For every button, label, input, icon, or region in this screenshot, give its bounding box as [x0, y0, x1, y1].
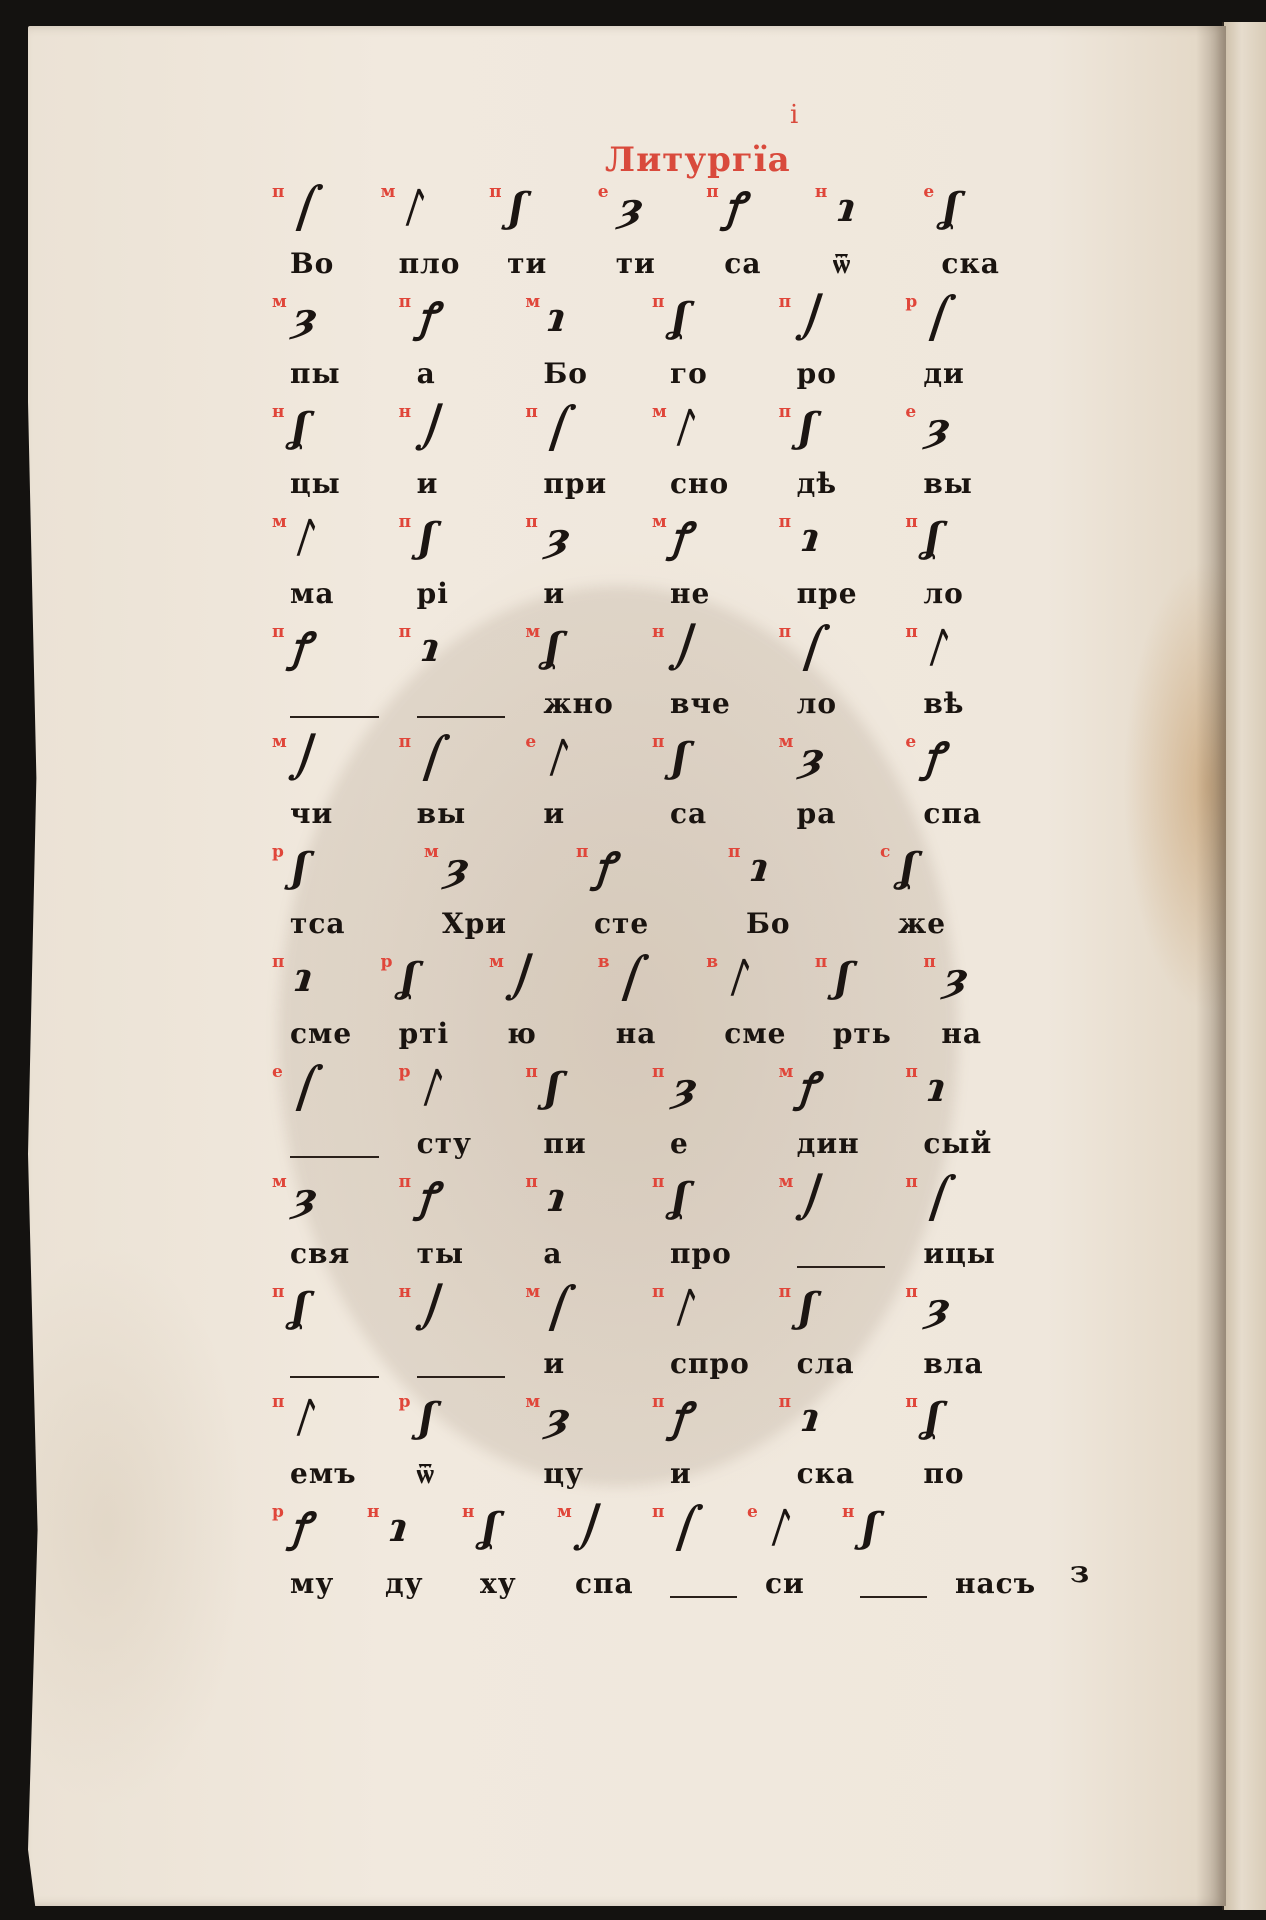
cinnabar-mark: п [525, 402, 537, 422]
cinnabar-mark: п [652, 1502, 664, 1522]
syllable: емъ [290, 1460, 357, 1488]
cinnabar-mark: п [923, 952, 935, 972]
syllable: и [543, 580, 565, 608]
znamenny-neume-icon: ȝ [921, 1288, 958, 1328]
cinnabar-mark: е [525, 732, 536, 752]
syllable: на [616, 1020, 657, 1048]
znamenny-neume-icon: ʆ [921, 518, 947, 558]
cinnabar-mark: п [905, 1062, 917, 1082]
znamenny-neume-icon: ʆ [541, 628, 567, 668]
cinnabar-mark: п [779, 512, 791, 532]
cinnabar-mark: п [706, 182, 718, 202]
melisma-line [670, 1596, 737, 1598]
cinnabar-mark: е [598, 182, 609, 202]
cinnabar-mark: п [399, 622, 411, 642]
neume-row: пʆн⌡м⌠пᛚпʃпȝ [290, 1280, 1090, 1346]
syllable-row: ступиединсый [290, 1130, 1090, 1168]
znamenny-neume-icon: ɿ [288, 958, 320, 998]
syllable: ма [290, 580, 334, 608]
cinnabar-mark: р [272, 1502, 284, 1522]
cinnabar-mark: п [905, 1172, 917, 1192]
cinnabar-mark: п [399, 292, 411, 312]
znamenny-neume-icon: ⌡ [668, 628, 704, 668]
cinnabar-mark: м [272, 292, 287, 312]
syllable: ди [923, 360, 964, 388]
neume-row: е⌠рᛚпʃпȝмꝭпɿ [290, 1060, 1090, 1126]
cinnabar-mark: п [779, 1392, 791, 1412]
syllable: сно [670, 470, 729, 498]
znamenny-neume-icon: ꝭ [414, 1178, 446, 1218]
cinnabar-mark: м [779, 1062, 794, 1082]
syllable: сте [594, 910, 649, 938]
syllable: ска [797, 1460, 855, 1488]
syllable: ѿ [833, 250, 851, 278]
syllable-row: смертіюнасмертьна [290, 1020, 1090, 1058]
znamenny-neume-icon: ⌠ [541, 408, 577, 448]
syllable: а [543, 1240, 562, 1268]
cinnabar-mark: р [272, 842, 284, 862]
cinnabar-mark: п [525, 1172, 537, 1192]
znamenny-neume-icon: ȝ [541, 518, 578, 558]
melisma-line [290, 1376, 379, 1378]
syllable: сла [797, 1350, 855, 1378]
znamenny-neume-icon: ɿ [830, 188, 862, 228]
znamenny-neume-icon: ʆ [668, 298, 694, 338]
cinnabar-mark: м [652, 512, 667, 532]
syllable: ра [797, 800, 837, 828]
znamenny-neume-icon: ʆ [668, 1178, 694, 1218]
syllable: жно [543, 690, 613, 718]
znamenny-neume-icon: ʆ [396, 958, 422, 998]
znamenny-neume-icon: ⌡ [505, 958, 541, 998]
znamenny-neume-icon: ꝭ [668, 1398, 700, 1438]
page-heading: Литургїа [605, 140, 791, 180]
syllable: са [670, 800, 707, 828]
znamenny-neume-icon: ɿ [744, 848, 776, 888]
znamenny-neume-icon: ȝ [288, 298, 325, 338]
chant-line: пʆн⌡м⌠пᛚпʃпȝиспрославла [290, 1280, 1090, 1390]
syllable: вче [670, 690, 731, 718]
chant-line: е⌠рᛚпʃпȝмꝭпɿступиединсый [290, 1060, 1090, 1170]
syllable-row: мудухуспасинасъ [290, 1570, 1090, 1608]
chant-line: пᛚрʃмȝпꝭпɿпʆемъѿцуискапо [290, 1390, 1090, 1500]
cinnabar-mark: н [272, 402, 284, 422]
neume-row: м⌡п⌠еᛚпʃмȝеꝭ [290, 730, 1090, 796]
syllable-row: емъѿцуискапо [290, 1460, 1090, 1498]
syllable: ти [507, 250, 547, 278]
neume-row: мȝпꝭмɿпʆп⌡р⌠ [290, 290, 1090, 356]
syllable: са [724, 250, 761, 278]
cinnabar-mark: п [652, 1062, 664, 1082]
syllable: по [923, 1460, 964, 1488]
syllable: дин [797, 1130, 860, 1158]
melisma-line [417, 1376, 506, 1378]
syllable: при [543, 470, 607, 498]
znamenny-neume-icon: ʆ [478, 1508, 504, 1548]
cinnabar-mark: н [815, 182, 827, 202]
syllable: си [765, 1570, 805, 1598]
cinnabar-mark: р [399, 1062, 411, 1082]
cinnabar-mark: р [905, 292, 917, 312]
syllable: сту [417, 1130, 472, 1158]
melisma-line [290, 716, 379, 718]
cinnabar-mark: п [525, 512, 537, 532]
syllable-row: тсаХристеБоже [290, 910, 1090, 948]
neume-row: рʃмȝпꝭпɿсʆ [290, 840, 1090, 906]
cinnabar-mark: м [272, 1172, 287, 1192]
cinnabar-mark: п [272, 182, 284, 202]
cinnabar-mark: н [399, 1282, 411, 1302]
znamenny-neume-icon: ⌠ [613, 958, 649, 998]
syllable: рть [833, 1020, 892, 1048]
syllable: и [670, 1460, 692, 1488]
cinnabar-mark: п [815, 952, 827, 972]
znamenny-neume-icon: ⌡ [288, 738, 324, 778]
syllable: спа [923, 800, 982, 828]
znamenny-neume-icon: ⌠ [921, 298, 957, 338]
cinnabar-mark: п [779, 622, 791, 642]
melisma-line [860, 1596, 927, 1598]
znamenny-neume-icon: ⌡ [573, 1508, 609, 1548]
znamenny-neume-icon: ʃ [541, 1068, 567, 1108]
znamenny-neume-icon: ᛚ [921, 628, 958, 668]
syllable: сме [290, 1020, 352, 1048]
znamenny-neume-icon: ᛚ [414, 1068, 451, 1108]
znamenny-neume-icon: ɿ [541, 298, 573, 338]
cinnabar-mark: п [399, 512, 411, 532]
chant-line: мᛚпʃпȝмꝭпɿпʆмаріинепрело [290, 510, 1090, 620]
cinnabar-mark: м [652, 402, 667, 422]
znamenny-neume-icon: ʆ [896, 848, 922, 888]
syllable: насъ [955, 1570, 1036, 1598]
melisma-line [290, 1156, 379, 1158]
syllable: Бо [746, 910, 791, 938]
znamenny-neume-icon: ꝭ [921, 738, 953, 778]
znamenny-neume-icon: ꝭ [414, 298, 446, 338]
znamenny-neume-icon: ɿ [414, 628, 446, 668]
chant-line: мȝпꝭпɿпʆм⌡п⌠святыапроицы [290, 1170, 1090, 1280]
melisma-line [417, 716, 506, 718]
znamenny-neume-icon: ʆ [921, 1398, 947, 1438]
syllable: му [290, 1570, 334, 1598]
syllable: вы [417, 800, 467, 828]
heading-mark: і [790, 100, 798, 130]
cinnabar-mark: п [652, 732, 664, 752]
syllable: ро [797, 360, 837, 388]
chant-line: рꝭнɿнʆм⌡п⌠еᛚнʃмудухуспасинасъ [290, 1500, 1090, 1610]
znamenny-neume-icon: ȝ [541, 1398, 578, 1438]
syllable: вѣ [923, 690, 964, 718]
znamenny-neume-icon: ʃ [794, 408, 820, 448]
znamenny-neume-icon: ȝ [613, 188, 650, 228]
syllable: вла [923, 1350, 983, 1378]
syllable-row: Воплотитисаѿска [290, 250, 1090, 288]
cinnabar-mark: м [381, 182, 396, 202]
znamenny-neume-icon: ᛚ [288, 1398, 325, 1438]
syllable: пи [543, 1130, 586, 1158]
syllable-row: пыаБогороди [290, 360, 1090, 398]
syllable: ицы [923, 1240, 996, 1268]
cinnabar-mark: м [779, 1172, 794, 1192]
znamenny-neume-icon: ȝ [288, 1178, 325, 1218]
syllable: сме [724, 1020, 786, 1048]
chant-line: мȝпꝭмɿпʆп⌡р⌠пыаБогороди [290, 290, 1090, 400]
cinnabar-mark: п [272, 622, 284, 642]
syllable-row: испрославла [290, 1350, 1090, 1388]
znamenny-neume-icon: ʃ [794, 1288, 820, 1328]
cinnabar-mark: п [399, 1172, 411, 1192]
znamenny-neume-icon: ȝ [794, 738, 831, 778]
cinnabar-mark: м [489, 952, 504, 972]
znamenny-neume-icon: ⌠ [921, 1178, 957, 1218]
syllable: е [670, 1130, 689, 1158]
cinnabar-mark: п [652, 1172, 664, 1192]
znamenny-neume-icon: ᛚ [288, 518, 325, 558]
cinnabar-mark: м [525, 292, 540, 312]
cinnabar-mark: м [272, 512, 287, 532]
neume-row: пᛚрʃмȝпꝭпɿпʆ [290, 1390, 1090, 1456]
syllable: на [941, 1020, 982, 1048]
znamenny-neume-icon: ᛚ [668, 1288, 705, 1328]
cinnabar-mark: н [367, 1502, 379, 1522]
cinnabar-mark: п [652, 1282, 664, 1302]
znamenny-neume-icon: ʃ [858, 1508, 884, 1548]
znamenny-neume-icon: ȝ [440, 848, 477, 888]
cinnabar-mark: н [652, 622, 664, 642]
syllable: тса [290, 910, 346, 938]
cinnabar-mark: м [557, 1502, 572, 1522]
syllable: ѿ [417, 1460, 435, 1488]
syllable: пре [797, 580, 858, 608]
znamenny-neume-icon: ᛚ [668, 408, 705, 448]
syllable: а [417, 360, 436, 388]
syllable-row: цыиприснодѣвы [290, 470, 1090, 508]
cinnabar-mark: е [272, 1062, 283, 1082]
znamenny-neume-icon: ʃ [830, 958, 856, 998]
znamenny-neume-icon: ⌠ [288, 1068, 324, 1108]
cinnabar-mark: п [905, 512, 917, 532]
chant-line: м⌡п⌠еᛚпʃмȝеꝭчивыисараспа [290, 730, 1090, 840]
cinnabar-mark: п [779, 402, 791, 422]
chant-line: п⌠мᛚпʃеȝпꝭнɿеʆВоплотитисаѿска [290, 180, 1090, 290]
cinnabar-mark: п [576, 842, 588, 862]
syllable: же [898, 910, 946, 938]
znamenny-neume-icon: ⌠ [541, 1288, 577, 1328]
neume-row: нʆн⌡п⌠мᛚпʃеȝ [290, 400, 1090, 466]
syllable-row: чивыисараспа [290, 800, 1090, 838]
syllable: го [670, 360, 708, 388]
syllable: про [670, 1240, 732, 1268]
syllable: свя [290, 1240, 350, 1268]
znamenny-neume-icon: ʆ [288, 1288, 314, 1328]
znamenny-neume-icon: ɿ [794, 1398, 826, 1438]
syllable: и [543, 800, 565, 828]
cinnabar-mark: п [272, 1282, 284, 1302]
cinnabar-mark: м [525, 622, 540, 642]
cinnabar-mark: е [905, 402, 916, 422]
znamenny-neume-icon: ⌠ [288, 188, 324, 228]
syllable-row: святыапроицы [290, 1240, 1090, 1278]
neume-row: п⌠мᛚпʃеȝпꝭнɿеʆ [290, 180, 1090, 246]
cinnabar-mark: п [272, 1392, 284, 1412]
znamenny-neume-icon: ⌡ [414, 1288, 450, 1328]
znamenny-neume-icon: ȝ [939, 958, 976, 998]
cinnabar-mark: м [525, 1392, 540, 1412]
syllable: Хри [442, 910, 507, 938]
syllable: рі [417, 580, 449, 608]
cinnabar-mark: м [424, 842, 439, 862]
znamenny-neume-icon: ɿ [383, 1508, 415, 1548]
syllable: пло [399, 250, 461, 278]
znamenny-neume-icon: ʃ [505, 188, 531, 228]
syllable: чи [290, 800, 333, 828]
cinnabar-mark: р [381, 952, 393, 972]
cinnabar-mark: п [779, 1282, 791, 1302]
chant-line: нʆн⌡п⌠мᛚпʃеȝцыиприснодѣвы [290, 400, 1090, 510]
syllable: ло [797, 690, 837, 718]
cinnabar-mark: в [598, 952, 610, 972]
znamenny-neume-icon: ᛚ [722, 958, 759, 998]
znamenny-neume-icon: ȝ [921, 408, 958, 448]
znamenny-neume-icon: ᛚ [541, 738, 578, 778]
znamenny-neume-icon: ȝ [668, 1068, 705, 1108]
znamenny-neume-icon: ꝭ [722, 188, 754, 228]
syllable-row: маріинепрело [290, 580, 1090, 618]
syllable: Бо [543, 360, 588, 388]
melisma-line [797, 1266, 886, 1268]
syllable: рті [399, 1020, 450, 1048]
syllable: цы [290, 470, 341, 498]
chant-line: пɿрʆм⌡в⌠вᛚпʃпȝсмертіюнасмертьна [290, 950, 1090, 1060]
cinnabar-mark: м [272, 732, 287, 752]
cinnabar-mark: е [905, 732, 916, 752]
cinnabar-mark: п [489, 182, 501, 202]
znamenny-neume-icon: ʆ [288, 408, 314, 448]
syllable-row: жновчеловѣ [290, 690, 1090, 728]
syllable: ти [616, 250, 656, 278]
cinnabar-mark: п [399, 732, 411, 752]
znamenny-neume-icon: ɿ [921, 1068, 953, 1108]
cinnabar-mark: н [399, 402, 411, 422]
syllable: не [670, 580, 710, 608]
syllable: и [417, 470, 439, 498]
cinnabar-mark: м [779, 732, 794, 752]
cinnabar-mark: е [747, 1502, 758, 1522]
syllable: и [543, 1350, 565, 1378]
neume-row: пɿрʆм⌡в⌠вᛚпʃпȝ [290, 950, 1090, 1016]
znamenny-neume-icon: ꝭ [288, 1508, 320, 1548]
znamenny-neume-icon: ꝭ [592, 848, 624, 888]
syllable: сый [923, 1130, 992, 1158]
syllable: ло [923, 580, 963, 608]
page-number: з [1070, 1555, 1089, 1590]
neume-row: пꝭпɿмʆн⌡п⌠пᛚ [290, 620, 1090, 686]
cinnabar-mark: п [652, 1392, 664, 1412]
znamenny-neume-icon: ʃ [414, 1398, 440, 1438]
chant-text-block: п⌠мᛚпʃеȝпꝭнɿеʆВоплотитисаѿскамȝпꝭмɿпʆп⌡р… [290, 180, 1090, 1610]
znamenny-neume-icon: ꝭ [794, 1068, 826, 1108]
cinnabar-mark: е [923, 182, 934, 202]
znamenny-neume-icon: ʆ [939, 188, 965, 228]
znamenny-neume-icon: ⌡ [794, 1178, 830, 1218]
chant-line: рʃмȝпꝭпɿсʆтсаХристеБоже [290, 840, 1090, 950]
znamenny-neume-icon: ⌠ [794, 628, 830, 668]
cinnabar-mark: п [525, 1062, 537, 1082]
syllable: Во [290, 250, 334, 278]
cinnabar-mark: п [728, 842, 740, 862]
cinnabar-mark: в [706, 952, 718, 972]
neume-row: мᛚпʃпȝмꝭпɿпʆ [290, 510, 1090, 576]
cinnabar-mark: п [905, 1392, 917, 1412]
neume-row: мȝпꝭпɿпʆм⌡п⌠ [290, 1170, 1090, 1236]
syllable: дѣ [797, 470, 837, 498]
cinnabar-mark: п [652, 292, 664, 312]
cinnabar-mark: н [842, 1502, 854, 1522]
znamenny-neume-icon: ꝭ [668, 518, 700, 558]
znamenny-neume-icon: ɿ [794, 518, 826, 558]
znamenny-neume-icon: ᛚ [396, 188, 433, 228]
cinnabar-mark: п [779, 292, 791, 312]
znamenny-neume-icon: ʃ [288, 848, 314, 888]
cinnabar-mark: п [905, 1282, 917, 1302]
syllable: ска [941, 250, 999, 278]
znamenny-neume-icon: ɿ [541, 1178, 573, 1218]
znamenny-neume-icon: ⌡ [414, 408, 450, 448]
adjacent-page-edge [1222, 22, 1266, 1910]
syllable: ю [507, 1020, 537, 1048]
znamenny-neume-icon: ʃ [668, 738, 694, 778]
syllable: вы [923, 470, 973, 498]
znamenny-neume-icon: ꝭ [288, 628, 320, 668]
znamenny-neume-icon: ʃ [414, 518, 440, 558]
syllable: цу [543, 1460, 584, 1488]
cinnabar-mark: р [399, 1392, 411, 1412]
cinnabar-mark: п [272, 952, 284, 972]
syllable: ду [385, 1570, 424, 1598]
chant-line: пꝭпɿмʆн⌡п⌠пᛚжновчеловѣ [290, 620, 1090, 730]
znamenny-neume-icon: ⌡ [794, 298, 830, 338]
znamenny-neume-icon: ⌠ [668, 1508, 704, 1548]
syllable: спро [670, 1350, 750, 1378]
cinnabar-mark: п [905, 622, 917, 642]
syllable: ты [417, 1240, 464, 1268]
cinnabar-mark: с [880, 842, 890, 862]
cinnabar-mark: м [525, 1282, 540, 1302]
spine-shadow [1196, 26, 1226, 1906]
cinnabar-mark: н [462, 1502, 474, 1522]
syllable: ху [480, 1570, 517, 1598]
znamenny-neume-icon: ⌠ [414, 738, 450, 778]
syllable: пы [290, 360, 341, 388]
syllable: спа [575, 1570, 634, 1598]
znamenny-neume-icon: ᛚ [763, 1508, 800, 1548]
neume-row: рꝭнɿнʆм⌡п⌠еᛚнʃ [290, 1500, 1090, 1566]
